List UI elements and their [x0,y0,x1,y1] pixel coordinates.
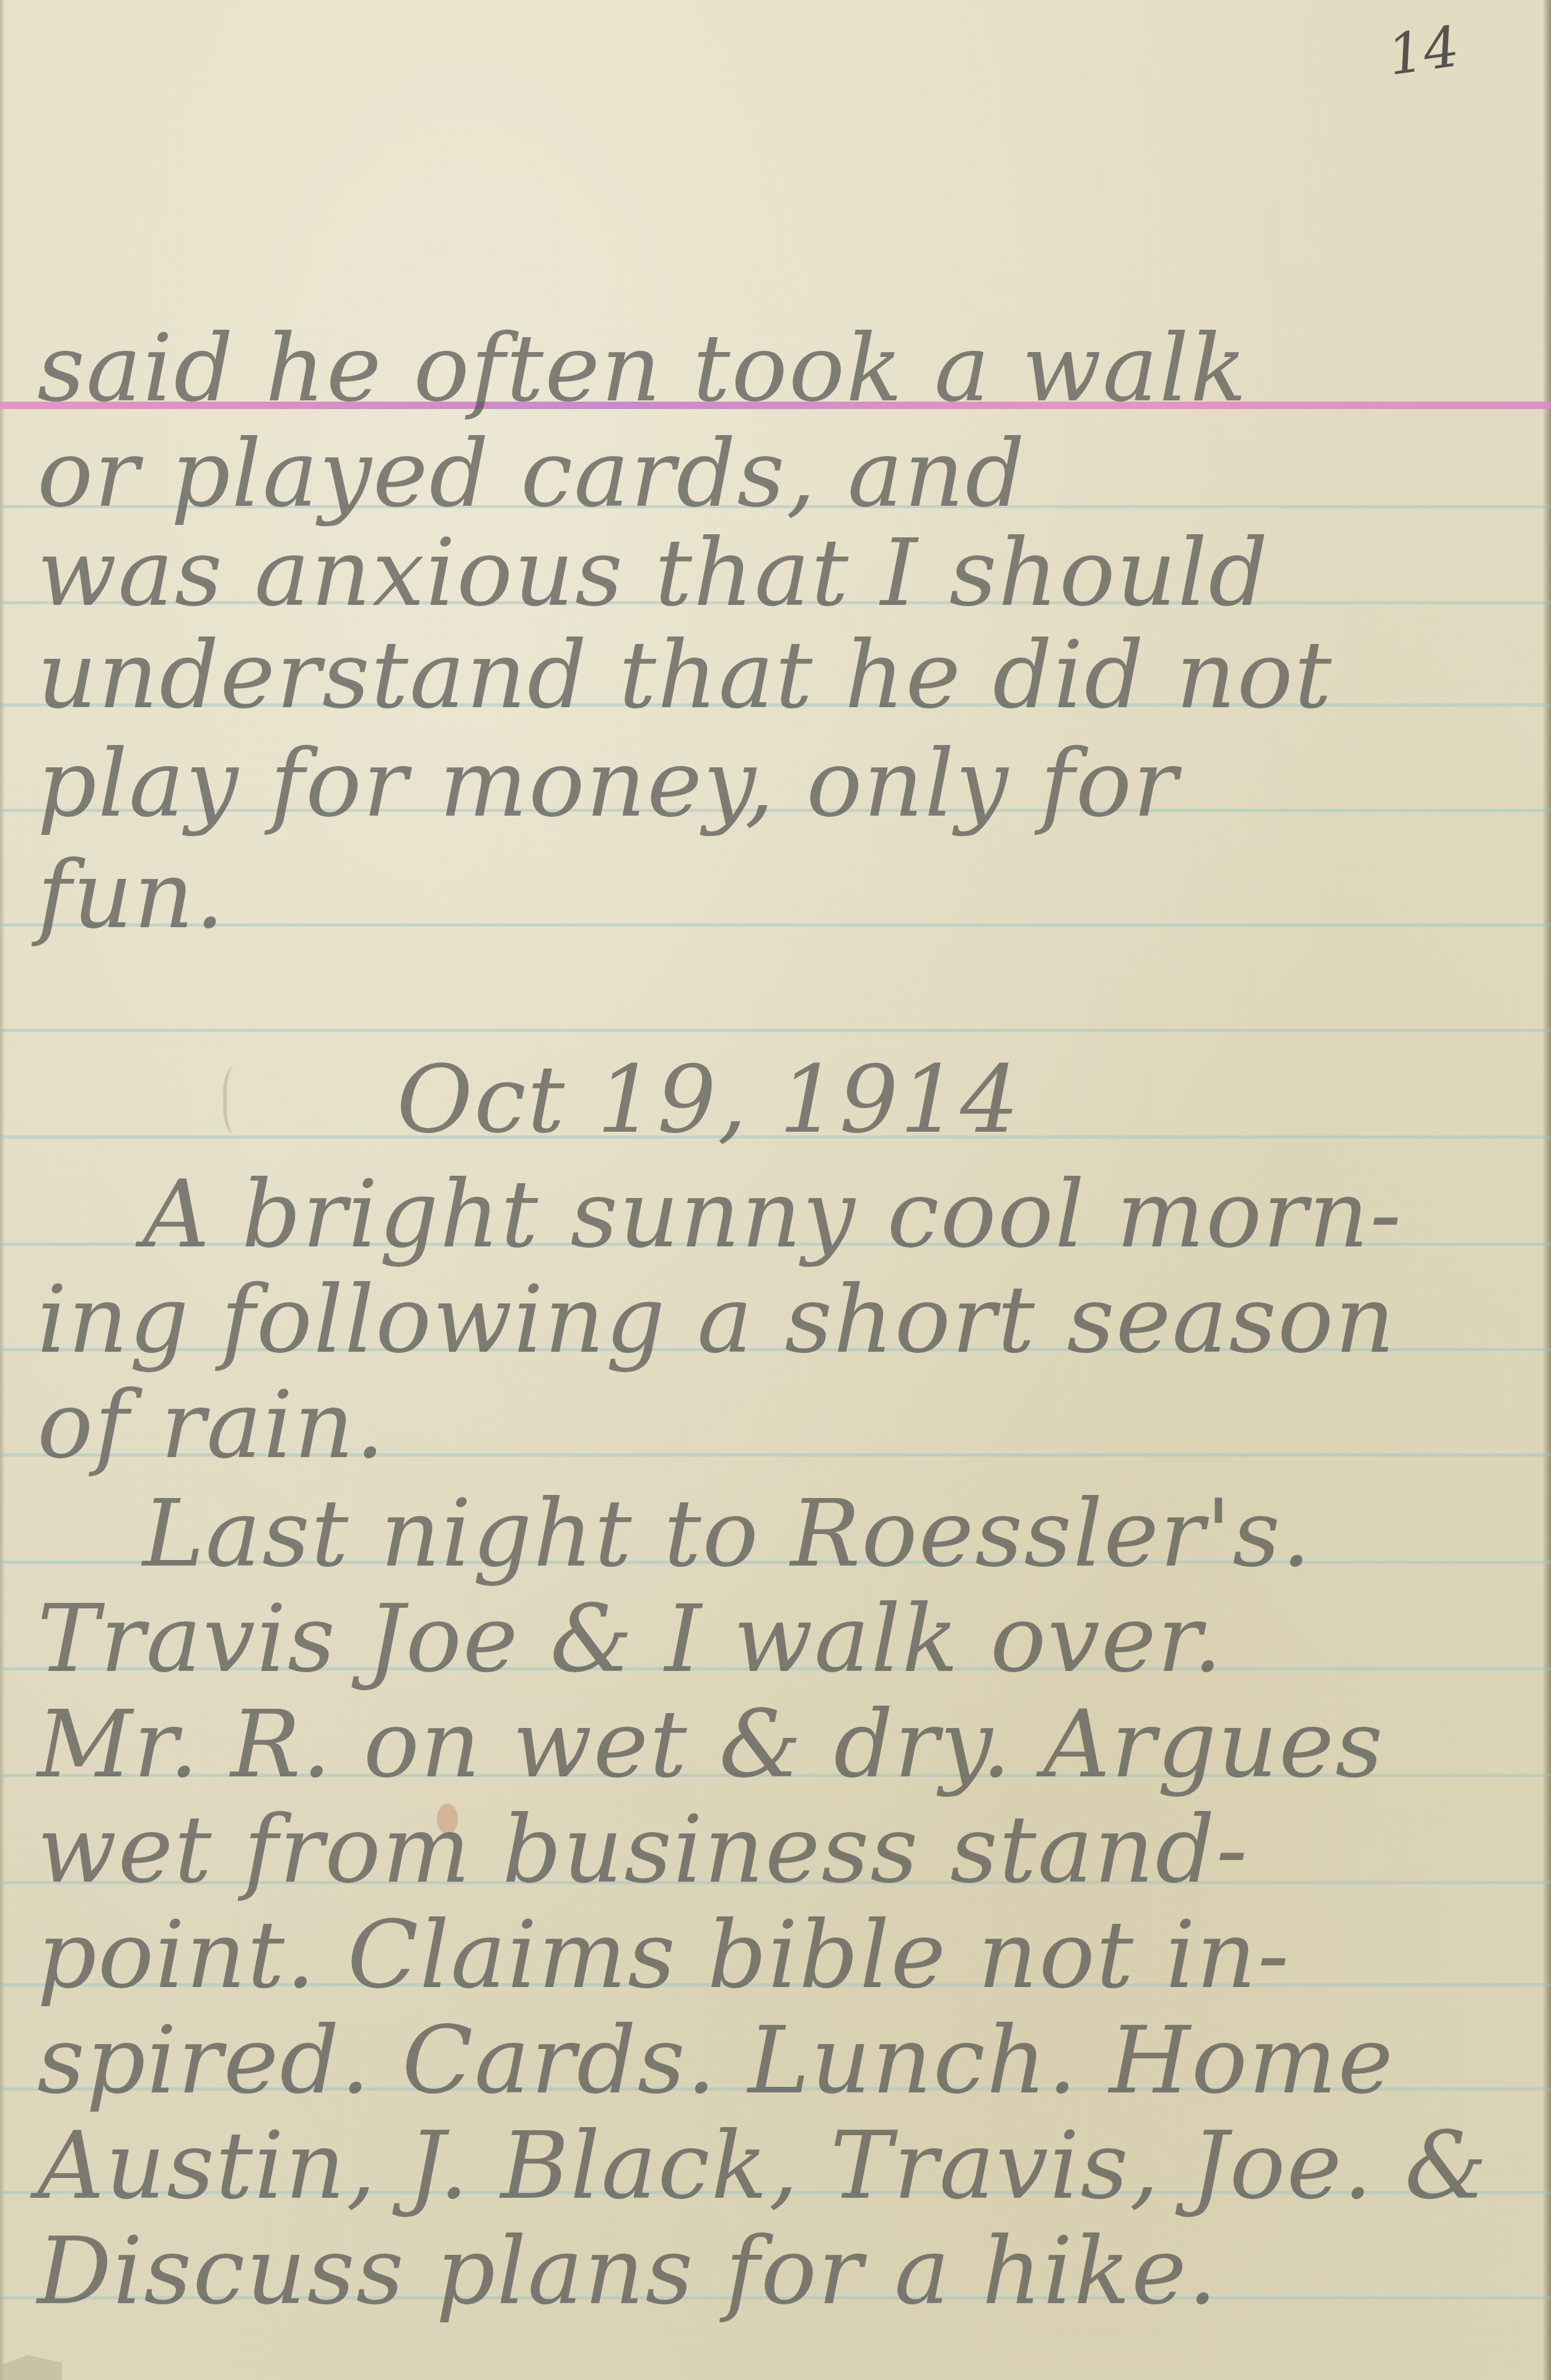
handwritten-line: understand that he did not [37,629,1333,722]
handwritten-line: Austin, J. Black, Travis, Joe. & [37,2120,1488,2213]
handwritten-line: wet from business stand- [37,1804,1249,1897]
corner-tear [0,2355,62,2380]
handwritten-line: A bright sunny cool morn- [143,1168,1402,1261]
handwritten-line: play for money, only for [37,738,1179,831]
handwritten-line: was anxious that I should [37,527,1269,620]
handwritten-line: Mr. R. on wet & dry. Argues [37,1698,1384,1791]
handwritten-line: spired. Cards. Lunch. Home [37,2014,1394,2107]
handwritten-line: Discuss plans for a hike. [37,2225,1218,2318]
rule-line [0,923,1551,927]
handwritten-line: or played cards, and [37,428,1026,521]
page-number: 14 [1384,14,1463,89]
handwritten-line: ing following a short season [37,1274,1396,1367]
handwritten-line: of rain. [37,1379,386,1472]
handwritten-line: fun. [37,849,226,942]
handwritten-line: Last night to Roessler's. [143,1487,1312,1580]
faint-pencil-mark [223,1066,252,1134]
rule-line [0,1029,1551,1032]
handwritten-line: point. Claims bible not in- [37,1909,1290,2002]
entry-date: Oct 19, 1914 [397,1054,1021,1147]
page-right-edge [1542,0,1551,2380]
diary-page: 14 said he often took a walk or played c… [0,0,1551,2380]
handwritten-line: said he often took a walk [37,322,1248,415]
page-left-edge [0,0,5,2380]
handwritten-line: Travis Joe & I walk over. [37,1593,1224,1686]
